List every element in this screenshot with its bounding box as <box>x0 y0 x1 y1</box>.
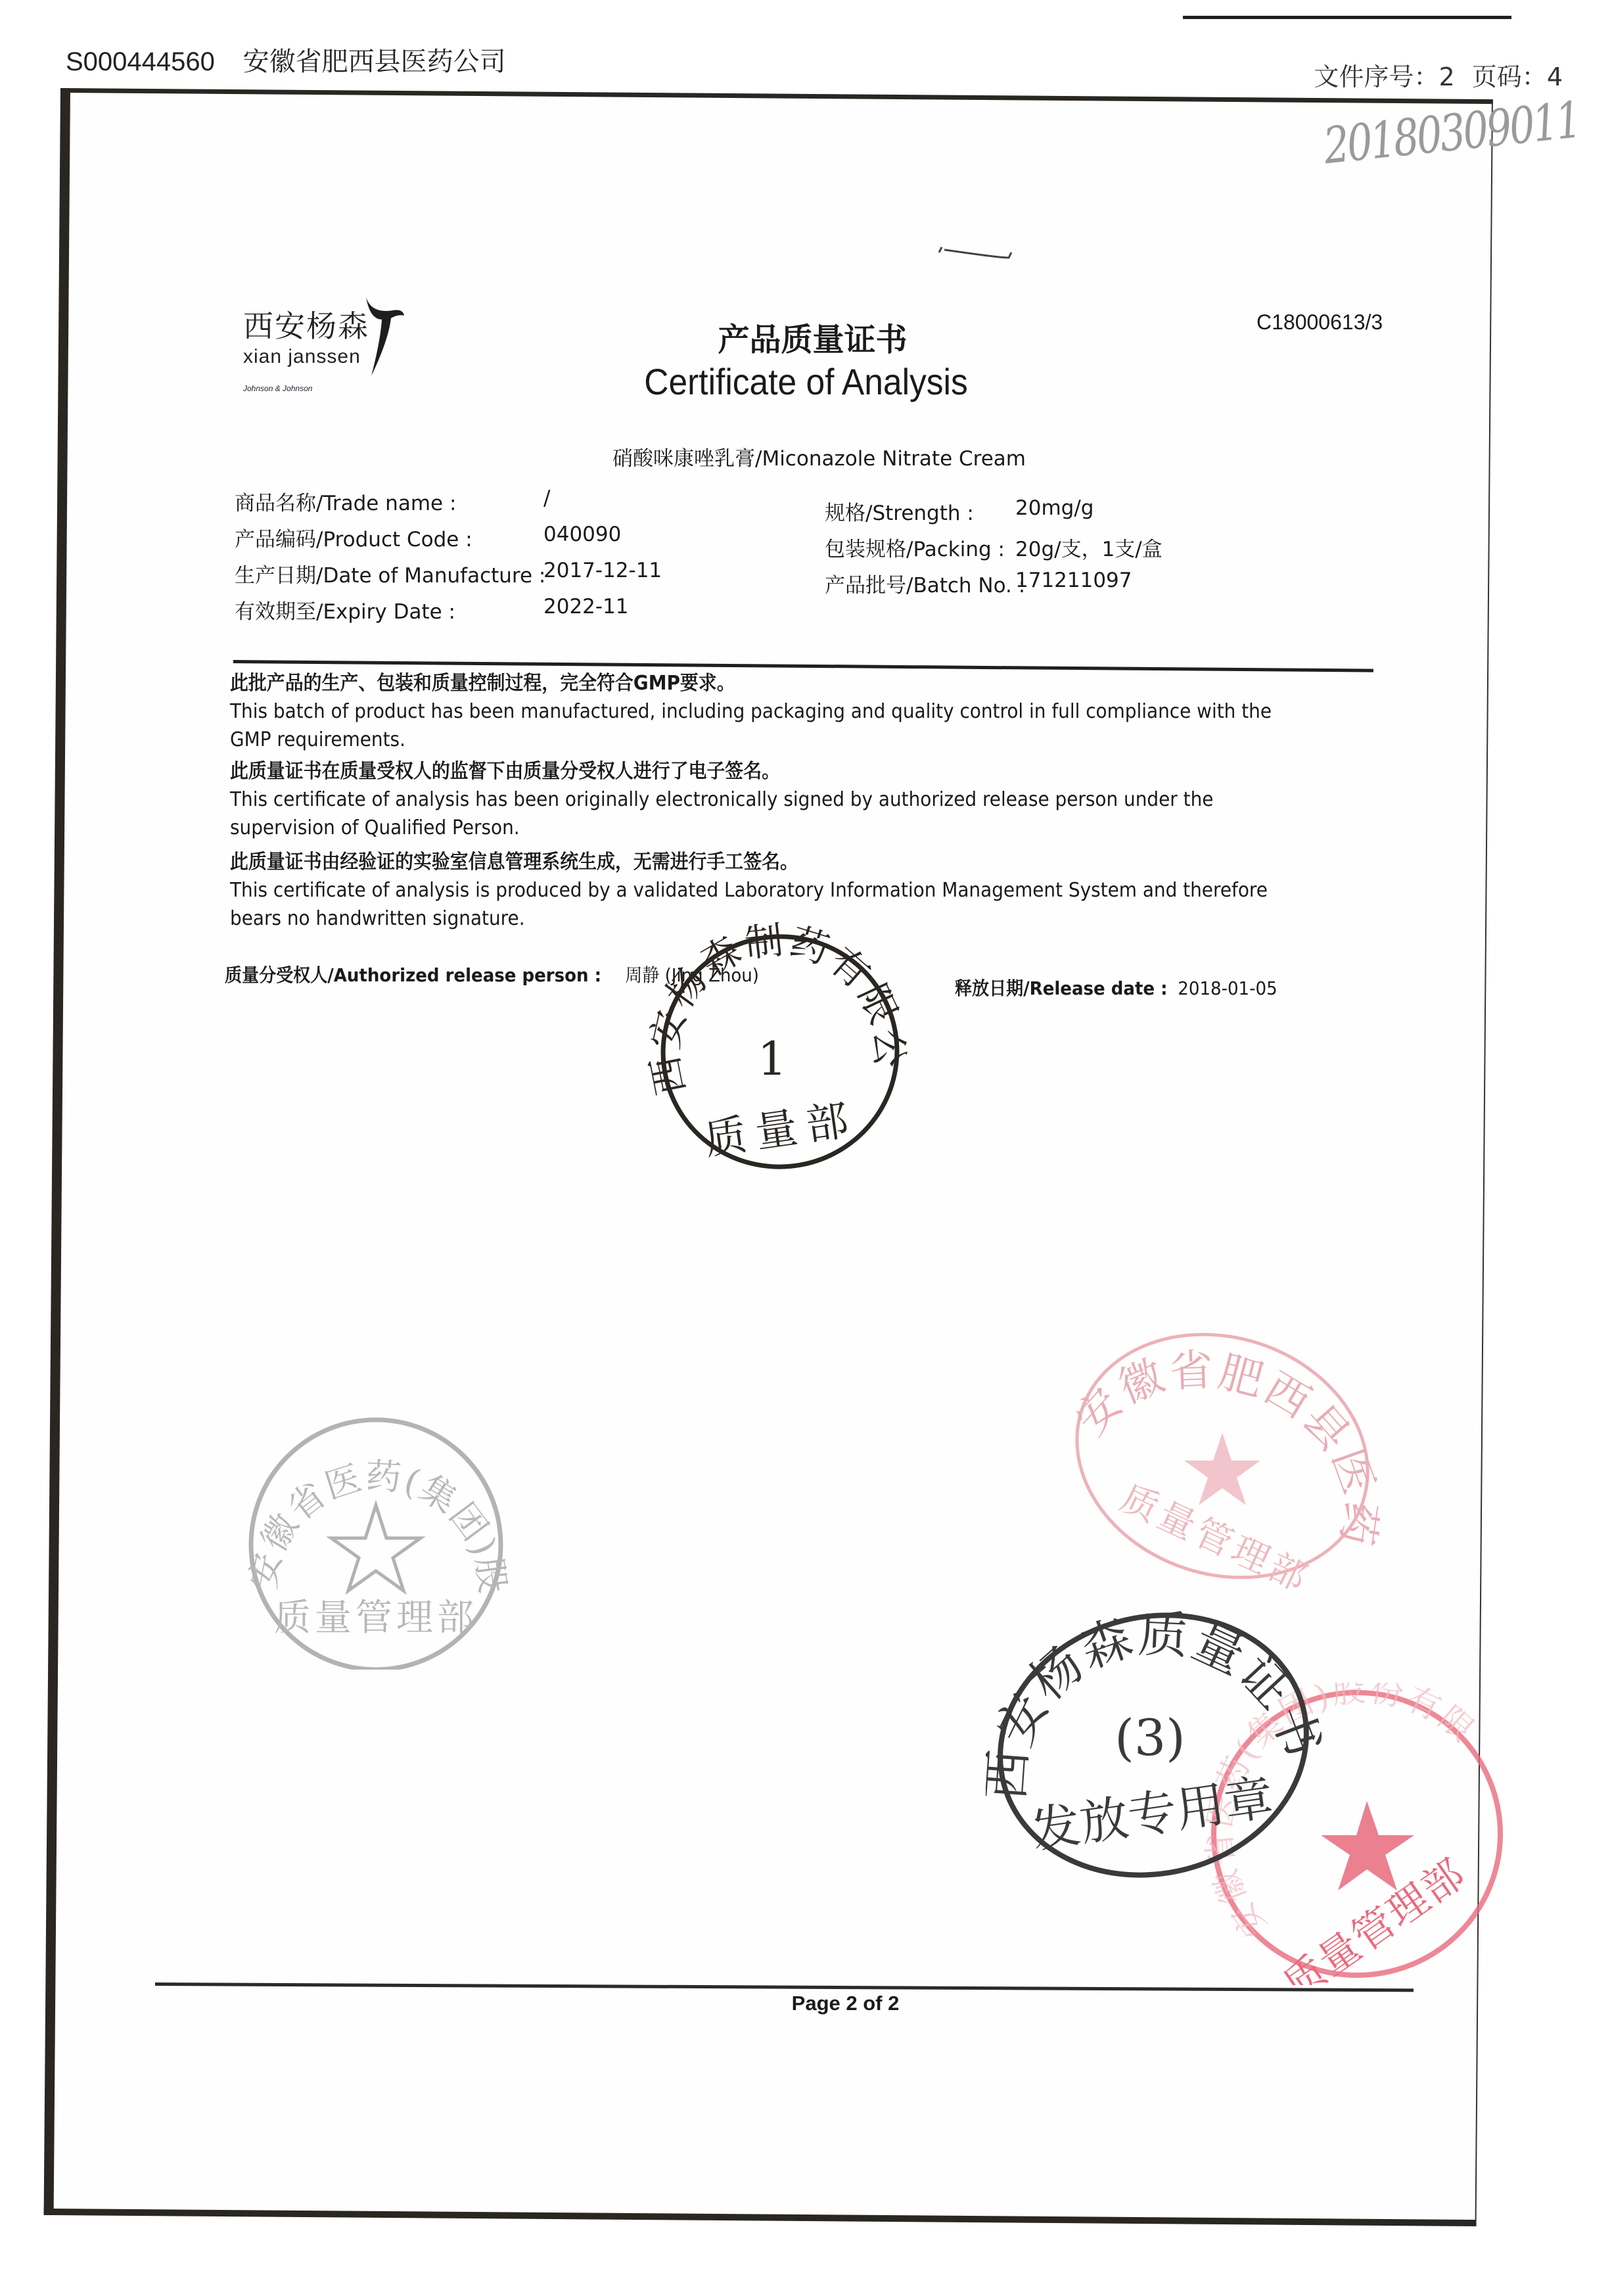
fax-header-sender: S000444560 安徽省肥西县医药公司 <box>66 41 506 78</box>
field-expiry-date: 有效期至/Expiry Date : 2022-11 <box>235 595 455 624</box>
field-strength: 规格/Strength : 20mg/g <box>825 496 974 526</box>
field-batch-no: 产品批号/Batch No. : 171211097 <box>825 569 1025 598</box>
file-seq-label: 文件序号： <box>1314 62 1439 91</box>
field-label: 产品编码/Product Code : <box>235 523 472 552</box>
distributor-qa-stamp-gray: 安徽省医药(集团)股份有限公司 质量管理部 <box>230 1407 519 1670</box>
field-label: 商品名称/Trade name : <box>235 486 456 516</box>
release-date-label: 释放日期/Release date : <box>955 977 1168 999</box>
stamp-center-text: 1 <box>758 1032 787 1086</box>
field-label: 有效期至/Expiry Date : <box>235 595 455 624</box>
page-value: 4 <box>1547 62 1563 91</box>
fax-sender-name: 安徽省肥西县医药公司 <box>243 47 506 77</box>
pen-mark-icon <box>936 245 1015 262</box>
product-name: 硝酸咪康唑乳膏/Miconazole Nitrate Cream <box>0 442 1612 471</box>
star-icon <box>1321 1801 1414 1890</box>
statement-en: This certificate of analysis has been or… <box>230 785 1281 842</box>
statement-en: This batch of product has been manufactu… <box>230 697 1281 754</box>
field-trade-name: 商品名称/Trade name : / <box>235 486 456 516</box>
field-value: 171211097 <box>1015 569 1132 592</box>
field-label: 规格/Strength : <box>825 496 974 526</box>
release-date-value: 2018-01-05 <box>1178 977 1277 999</box>
field-value: 20g/支，1支/盒 <box>1015 532 1163 562</box>
fax-top-rule <box>1183 16 1511 19</box>
page-label: 页码： <box>1472 62 1547 91</box>
release-person-label: 质量分受权人/Authorized release person : <box>225 964 601 986</box>
field-value: / <box>543 486 550 510</box>
field-manufacture-date: 生产日期/Date of Manufacture : 2017-12-11 <box>235 559 545 588</box>
star-icon <box>1184 1433 1260 1505</box>
fax-sender-id: S000444560 <box>66 47 215 76</box>
statement-cn: 此质量证书在质量受权人的监督下由质量分受权人进行了电子签名。 <box>230 757 1281 785</box>
star-icon <box>331 1505 421 1591</box>
svg-text:西安杨森质量证书: 西安杨森质量证书 <box>986 1605 1327 1802</box>
stamp-ring-text: 安徽省医药(集团)股份有限公司 <box>230 1407 514 1597</box>
statement-gmp: 此批产品的生产、包装和质量控制过程，完全符合GMP要求。 This batch … <box>230 669 1281 754</box>
stamp-center-text: (3) <box>1115 1708 1186 1767</box>
svg-text:安徽省医药(集团)股份有限公司: 安徽省医药(集团)股份有限公司 <box>230 1407 514 1597</box>
xian-janssen-qa-stamp: 西安杨森制药有限公司 1 质量部 <box>641 920 917 1177</box>
field-value: 2022-11 <box>543 595 629 619</box>
field-label: 生产日期/Date of Manufacture : <box>235 559 545 588</box>
coa-release-stamp: 西安杨森质量证书 (3) 发放专用章 <box>986 1604 1327 1893</box>
field-value: 040090 <box>543 523 621 546</box>
statement-cn: 此批产品的生产、包装和质量控制过程，完全符合GMP要求。 <box>230 669 1281 697</box>
title-cn: 产品质量证书 <box>0 314 1612 360</box>
field-packing: 包装规格/Packing : 20g/支，1支/盒 <box>825 532 1005 562</box>
field-label: 产品批号/Batch No. : <box>825 569 1025 598</box>
file-seq-value: 2 <box>1439 62 1455 91</box>
stamp-ring-text: 西安杨森质量证书 <box>986 1605 1327 1802</box>
stamp-bottom-text: 质量管理部 <box>1114 1476 1316 1597</box>
page-number: Page 2 of 2 <box>0 1992 1612 2015</box>
field-label: 包装规格/Packing : <box>825 532 1005 562</box>
field-value: 2017-12-11 <box>543 559 662 582</box>
feixi-pharma-stamp: 安徽省肥西县医药公司 质量管理部 <box>1065 1321 1380 1597</box>
statement-cn: 此质量证书由经验证的实验室信息管理系统生成，无需进行手工签名。 <box>230 848 1281 876</box>
statement-esign: 此质量证书在质量受权人的监督下由质量分受权人进行了电子签名。 This cert… <box>230 757 1281 842</box>
field-value: 20mg/g <box>1015 496 1094 520</box>
release-date: 释放日期/Release date : 2018-01-05 <box>955 974 1278 1000</box>
stamp-bottom-text: 质量管理部 <box>274 1597 478 1639</box>
title-en: Certificate of Analysis <box>64 360 1548 403</box>
fax-header-page-info: 文件序号：2 页码：4 <box>1314 57 1563 93</box>
field-product-code: 产品编码/Product Code : 040090 <box>235 523 472 552</box>
